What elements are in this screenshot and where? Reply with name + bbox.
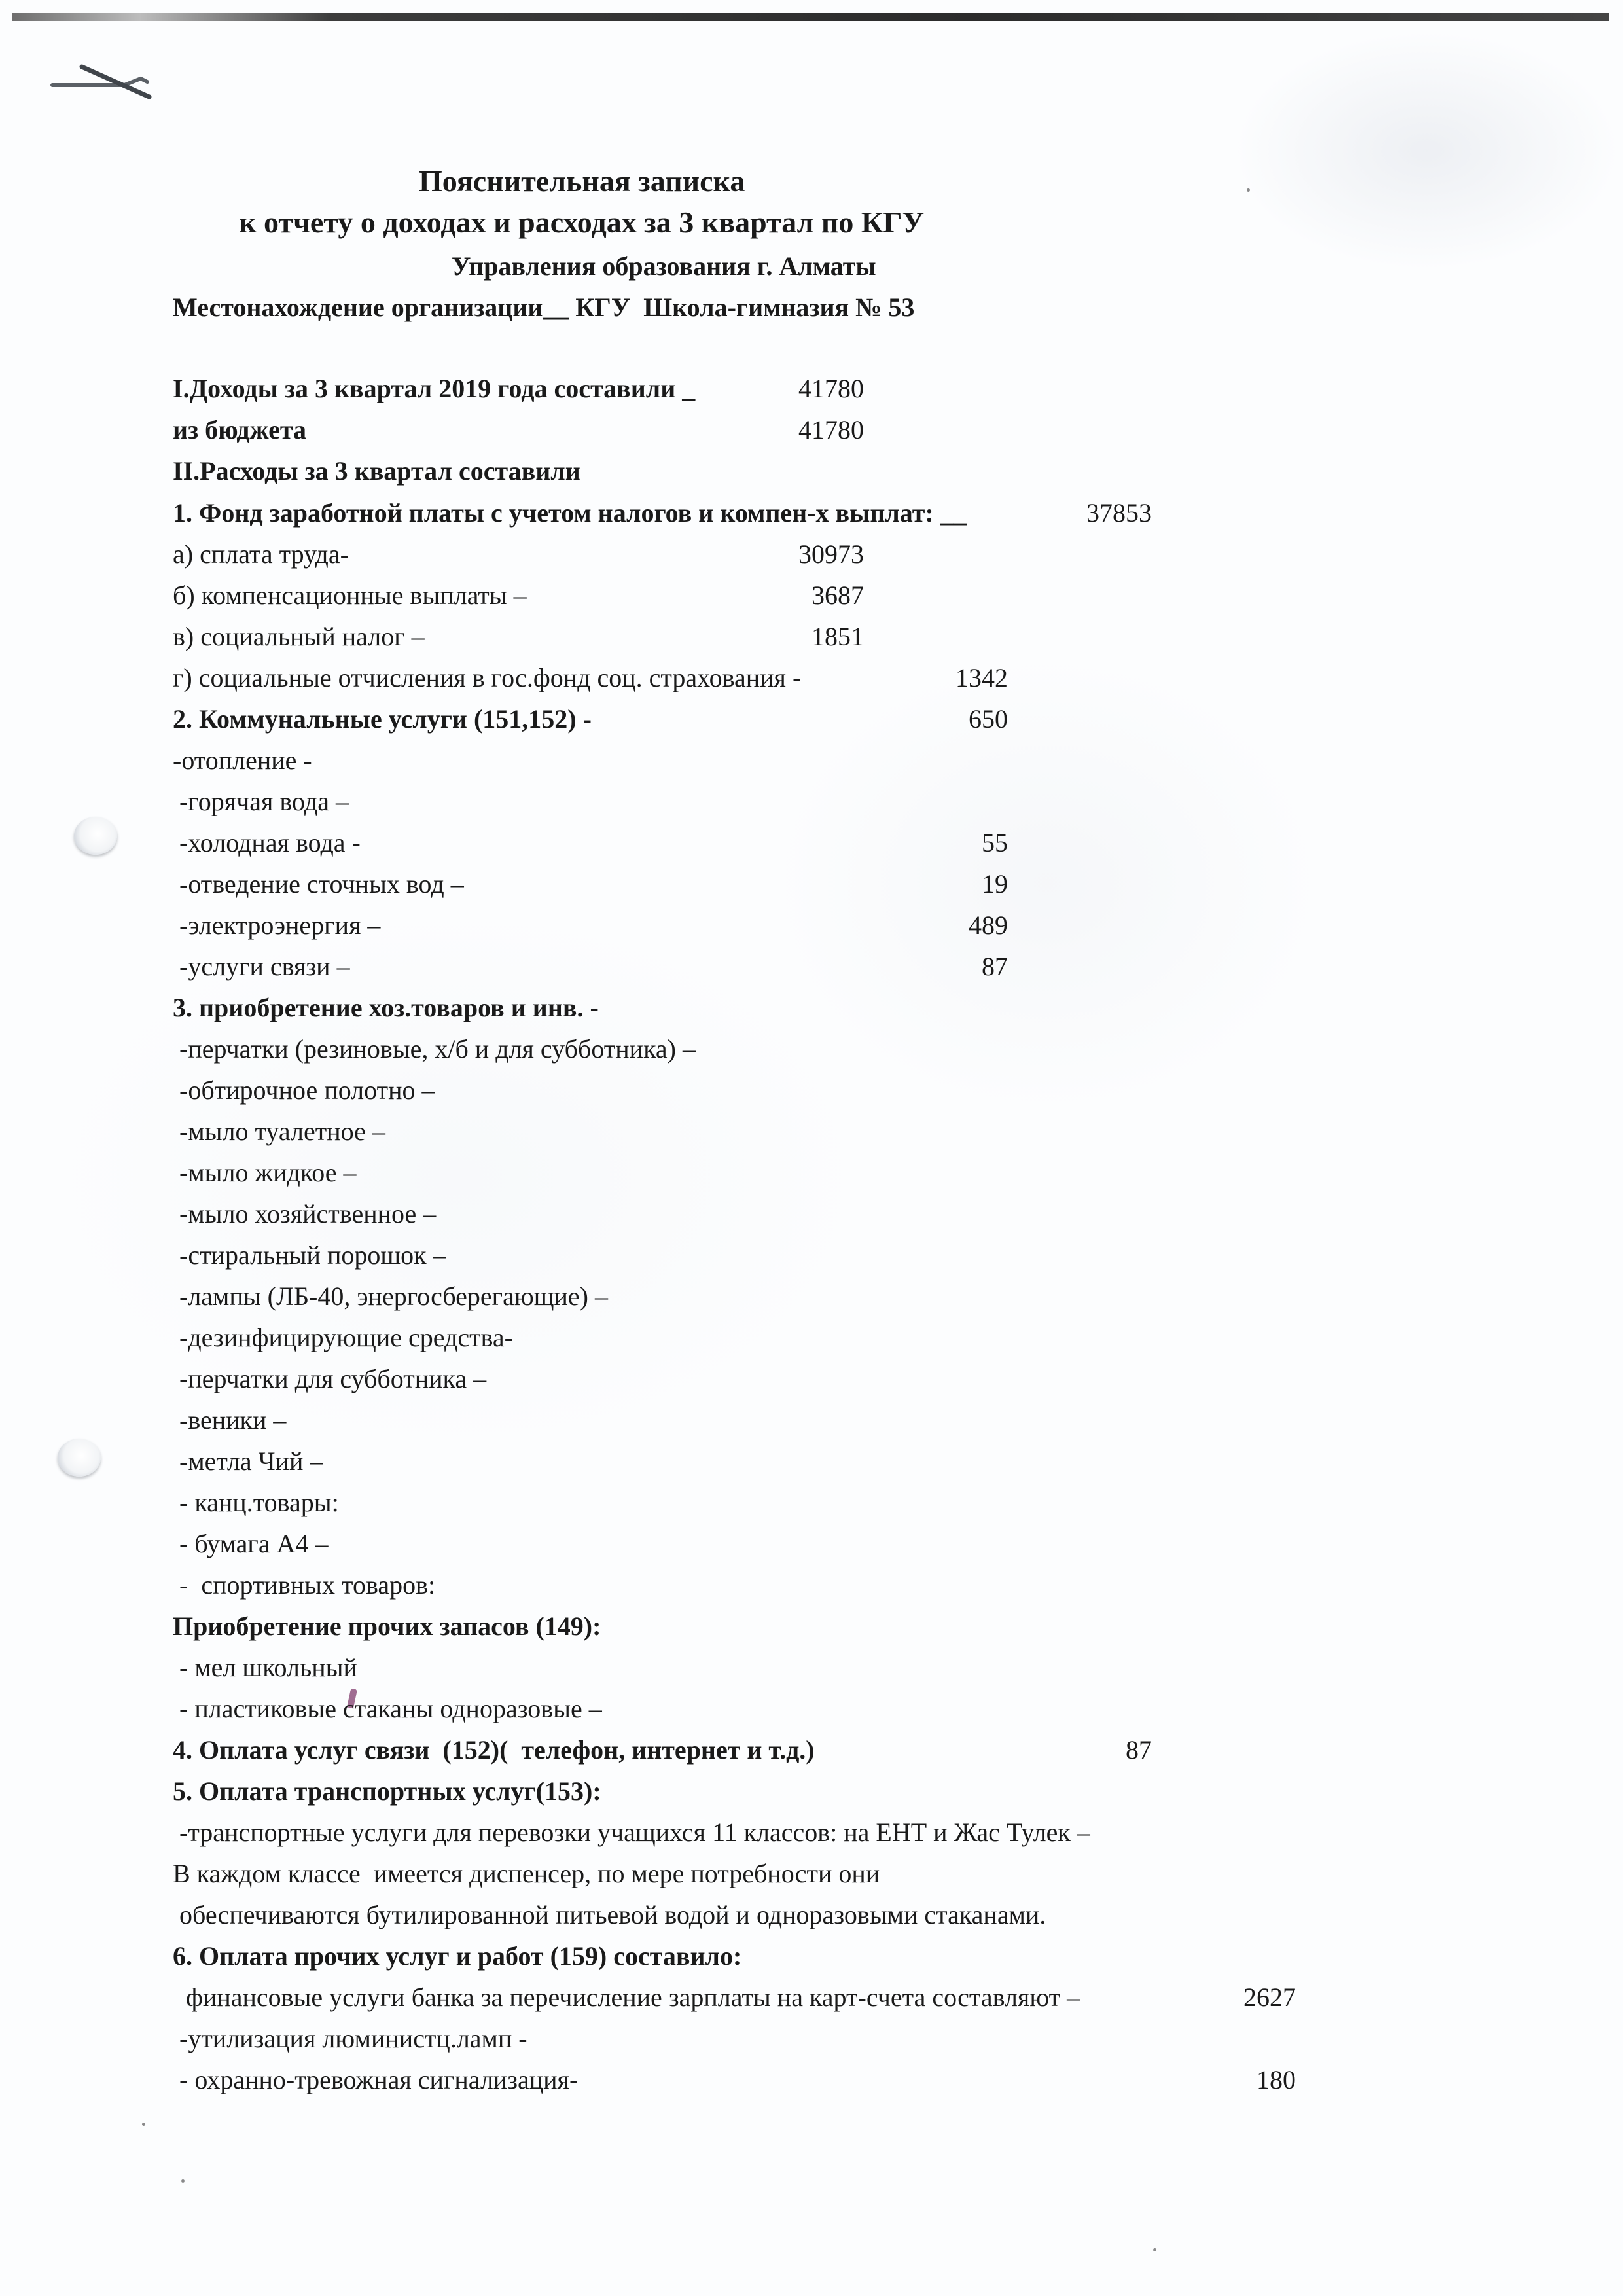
other-services-item-label: -утилизация люминистц.ламп - xyxy=(173,2023,527,2054)
budget-value: 41780 xyxy=(733,414,864,446)
scanned-page: Пояснительная записка к отчету о доходах… xyxy=(0,0,1623,2296)
payroll-item-value: 1851 xyxy=(733,621,864,653)
household-item: - канц.товары: xyxy=(173,1487,339,1518)
other-supplies-item: - пластиковые стаканы одноразовые – xyxy=(173,1693,602,1725)
transport-services-line: -транспортные услуги для перевозки учащи… xyxy=(173,1817,1090,1848)
household-item: -перчатки для субботника – xyxy=(173,1363,486,1395)
document-title: Пояснительная записка xyxy=(419,164,745,198)
utilities-value: 650 xyxy=(877,704,1008,735)
scan-speck xyxy=(1247,188,1250,192)
utility-item-label: -горячая вода – xyxy=(173,786,349,817)
other-services-item-label: финансовые услуги банка за перечисление … xyxy=(173,1982,1080,2013)
utility-item-label: -отведение сточных вод – xyxy=(173,869,464,900)
punch-hole xyxy=(74,817,117,855)
scan-top-edge xyxy=(12,13,1609,21)
utilities-label: 2. Коммунальные услуги (151,152) - xyxy=(173,704,592,735)
other-services-item-value: 180 xyxy=(1165,2064,1296,2096)
other-services-item-value: 2627 xyxy=(1165,1982,1296,2013)
household-item: -веники – xyxy=(173,1405,286,1436)
household-item: - спортивных товаров: xyxy=(173,1570,435,1601)
household-item: - бумага А4 – xyxy=(173,1528,328,1560)
utility-item-label: -электроэнергия – xyxy=(173,910,380,941)
payroll-item-value: 1342 xyxy=(877,662,1008,694)
household-goods-label: 3. приобретение хоз.товаров и инв. - xyxy=(173,992,599,1024)
household-item: -метла Чий – xyxy=(173,1446,323,1477)
payroll-item-value: 3687 xyxy=(733,580,864,611)
department-name: Управления образования г. Алматы xyxy=(452,251,876,282)
other-services-item-label: - охранно-тревожная сигнализация- xyxy=(173,2064,578,2096)
payroll-item-label: в) социальный налог – xyxy=(173,621,425,653)
payroll-item-value: 30973 xyxy=(733,539,864,570)
transport-services-line: обеспечиваются бутилированной питьевой в… xyxy=(173,1899,1046,1931)
utility-item-value: 87 xyxy=(877,951,1008,982)
payroll-fund-label: 1. Фонд заработной платы с учетом налого… xyxy=(173,497,967,529)
scan-speck xyxy=(142,2123,145,2126)
income-value: 41780 xyxy=(733,373,864,404)
utility-item-value: 55 xyxy=(877,827,1008,859)
payroll-item-label: а) сплата труда- xyxy=(173,539,349,570)
household-item: -мыло жидкое – xyxy=(173,1157,357,1189)
other-services-label: 6. Оплата прочих услуг и работ (159) сос… xyxy=(173,1941,741,1972)
scan-speck xyxy=(181,2179,185,2183)
payroll-item-label: г) социальные отчисления в гос.фонд соц.… xyxy=(173,662,801,694)
transport-services-line: В каждом классе имеется диспенсер, по ме… xyxy=(173,1858,880,1890)
household-item: -лампы (ЛБ-40, энергосберегающие) – xyxy=(173,1281,608,1312)
communication-services-label: 4. Оплата услуг связи (152)( телефон, ин… xyxy=(173,1734,815,1766)
organization-location: Местонахождение организации__ КГУ Школа-… xyxy=(173,292,914,323)
income-label: I.Доходы за 3 квартал 2019 года составил… xyxy=(173,373,695,404)
utility-item-label: -отопление - xyxy=(173,745,312,776)
communication-services-value: 87 xyxy=(1021,1734,1152,1766)
payroll-item-label: б) компенсационные выплаты – xyxy=(173,580,527,611)
household-item: -мыло хозяйственное – xyxy=(173,1198,436,1230)
staple-icon xyxy=(26,59,170,105)
other-supplies-label: Приобретение прочих запасов (149): xyxy=(173,1611,601,1642)
scan-speck xyxy=(1153,2248,1156,2251)
household-item: -дезинфицирующие средства- xyxy=(173,1322,513,1354)
expenses-header: II.Расходы за 3 квартал составили xyxy=(173,456,580,487)
utility-item-label: -услуги связи – xyxy=(173,951,350,982)
payroll-fund-value: 37853 xyxy=(1021,497,1152,529)
punch-hole xyxy=(58,1439,101,1477)
utility-item-value: 19 xyxy=(877,869,1008,900)
budget-label: из бюджета xyxy=(173,414,306,446)
document-subtitle: к отчету о доходах и расходах за 3 кварт… xyxy=(239,205,924,240)
utility-item-label: -холодная вода - xyxy=(173,827,361,859)
household-item: -стиральный порошок – xyxy=(173,1240,446,1271)
other-supplies-item: - мел школьный xyxy=(173,1652,357,1683)
household-item: -мыло туалетное – xyxy=(173,1116,385,1147)
utility-item-value: 489 xyxy=(877,910,1008,941)
transport-services-label: 5. Оплата транспортных услуг(153): xyxy=(173,1776,601,1807)
household-item: -перчатки (резиновые, х/б и для субботни… xyxy=(173,1033,696,1065)
household-item: -обтирочное полотно – xyxy=(173,1075,435,1106)
